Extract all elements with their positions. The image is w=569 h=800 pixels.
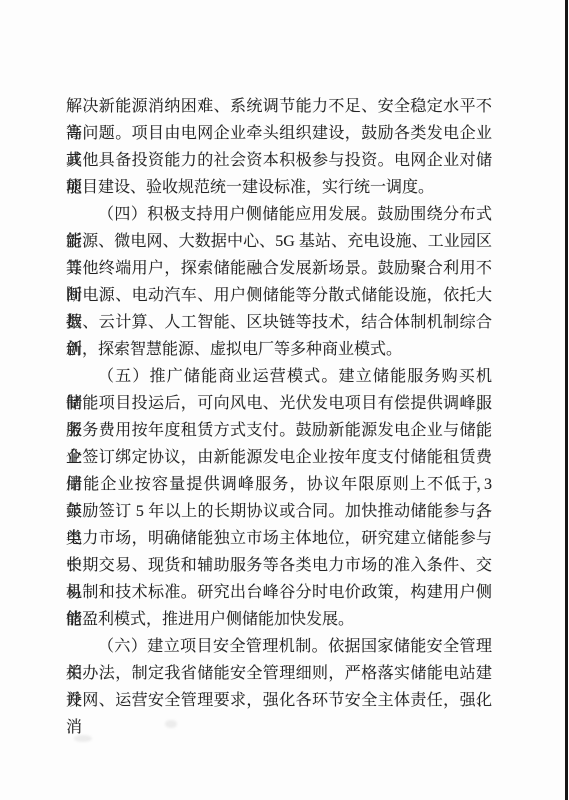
text-line: 能源、微电网、大数据中心、5G 基站、充电设施、工业园区等 [66, 228, 492, 255]
text-line: 业签订绑定协议，由新能源发电企业按年度支付储能租赁费用， [66, 444, 492, 471]
text-line: 储能项目投运后，可向风电、光伏发电项目有偿提供调峰服务， [66, 390, 492, 417]
text-line: 长期交易、现货和辅助服务等各类电力市场的准入条件、交易 [66, 552, 492, 579]
scan-smudge [74, 735, 92, 742]
text-line: （四）积极支持用户侧储能应用发展。鼓励围绕分布式新 [66, 201, 492, 228]
text-line: 等问题。项目由电网企业牵头组织建设，鼓励各类发电企业或 [66, 120, 492, 147]
text-block: 解决新能源消纳困难、系统调节能力不足、安全稳定水平不高等问题。项目由电网企业牵头… [66, 93, 492, 714]
text-line: （六）建立项目安全管理机制。依据国家储能安全管理相 [66, 633, 492, 660]
text-line: 新，探索智慧能源、虚拟电厂等多种商业模式。 [66, 336, 492, 363]
text-line: 其他具备投资能力的社会资本积极参与投资。电网企业对储能 [66, 147, 492, 174]
text-line: 电力市场，明确储能独立市场主体地位，研究建立储能参与中 [66, 525, 492, 552]
text-line: 鼓励签订 5 年以上的长期协议或合同。加快推动储能参与各类 [66, 498, 492, 525]
text-line: 能盈利模式，推进用户侧储能加快发展。 [66, 606, 492, 633]
text-line: 服务费用按年度租赁方式支付。鼓励新能源发电企业与储能企 [66, 417, 492, 444]
text-line: 断电源、电动汽车、用户侧储能等分散式储能设施，依托大数 [66, 282, 492, 309]
text-line: 其他终端用户，探索储能融合发展新场景。鼓励聚合利用不间 [66, 255, 492, 282]
text-line: 项目建设、验收规范统一建设标准，实行统一调度。 [66, 174, 492, 201]
text-line: （五）推广储能商业运营模式。建立储能服务购买机制， [66, 363, 492, 390]
document-page: 解决新能源消纳困难、系统调节能力不足、安全稳定水平不高等问题。项目由电网企业牵头… [0, 0, 569, 800]
text-line: 机制和技术标准。研究出台峰谷分时电价政策，构建用户侧储 [66, 579, 492, 606]
scan-edge-artifact [565, 0, 568, 800]
text-line: 关办法，制定我省储能安全管理细则，严格落实储能电站建设、 [66, 660, 492, 687]
text-line: 并网、运营安全管理要求，强化各环节安全主体责任，强化消 [66, 687, 492, 714]
scan-smudge [165, 720, 177, 728]
text-line: 据、云计算、人工智能、区块链等技术，结合体制机制综合创 [66, 309, 492, 336]
text-line: 储能企业按容量提供调峰服务，协议年限原则上不低于 3 年， [66, 471, 492, 498]
text-line: 解决新能源消纳困难、系统调节能力不足、安全稳定水平不高 [66, 93, 492, 120]
